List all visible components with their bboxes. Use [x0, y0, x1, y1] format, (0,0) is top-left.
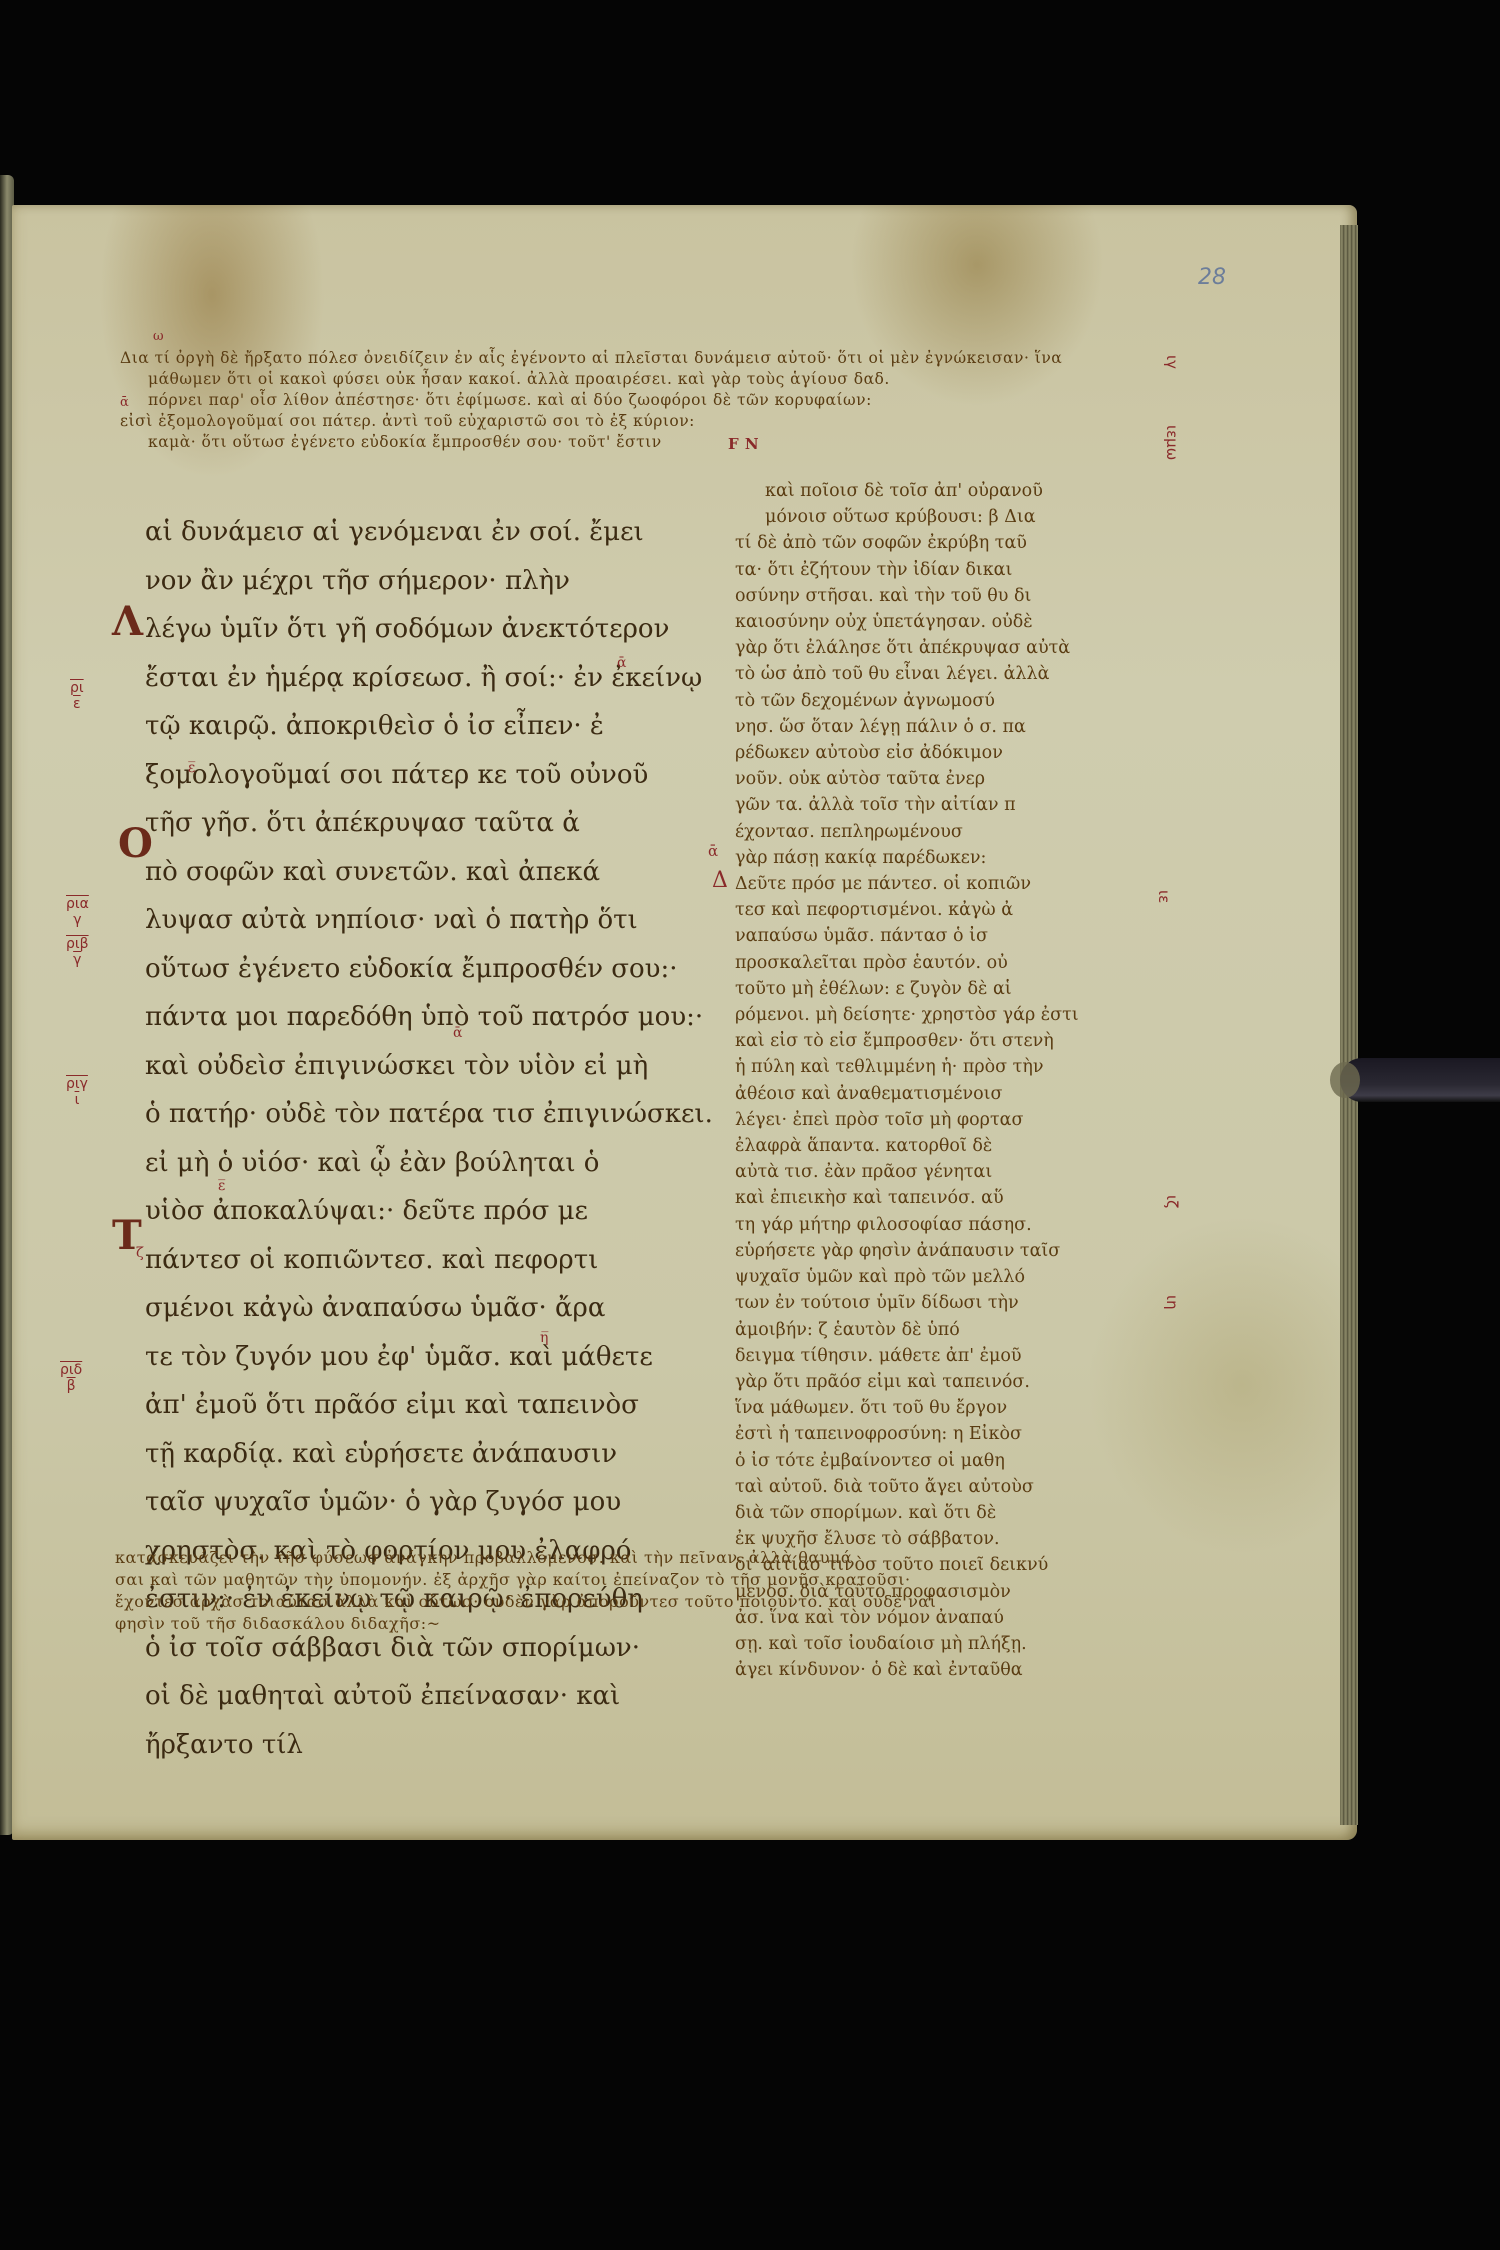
text-line: καὶ οὐδεὶσ ἐπιγινώσκει τὸν υἱὸν εἰ μὴ — [145, 1042, 685, 1091]
rubric-mark: Δ — [712, 868, 728, 893]
text-line: αἱ δυνάμεισ αἱ γενόμεναι ἐν σοί. ἔμει — [145, 508, 685, 557]
commentary-line: καὶ ἐπιεικὴσ καὶ ταπεινόσ. αὕ — [735, 1185, 1155, 1211]
commentary-line: φησὶν τοῦ τῆσ διδασκάλου διδαχῆσ:~ — [115, 1613, 936, 1635]
commentary-line: τεσ καὶ πεφορτισμένοι. κἀγὼ ἀ — [735, 897, 1155, 923]
commentary-line: των ἐν τούτοισ ὑμῖν δίδωσι τὴν — [735, 1290, 1155, 1316]
commentary-line: ὁ ἰσ τότε ἐμβαίνοντεσ οἱ μαθη — [735, 1448, 1155, 1474]
text-line: νον ἂν μέχρι τῆσ σήμερον· πλὴν — [145, 557, 685, 606]
commentary-line: καὶ εἰσ τὸ εἰσ ἔμπροσθεν· ὅτι στενὴ — [735, 1028, 1155, 1054]
commentary-line: ναπαύσω ὑμᾶσ. πάντασ ὁ ἰσ — [735, 923, 1155, 949]
commentary-line: γὰρ πάσῃ κακίᾳ παρέδωκεν: — [735, 845, 1155, 871]
rubric-mark: ᾱ — [617, 655, 626, 671]
rubric-mark: ζ̅ — [136, 1245, 144, 1261]
text-line: τῇ καρδίᾳ. καὶ εὑρήσετε ἀνάπαυσιν — [145, 1430, 685, 1479]
margin-note: ιε — [1155, 890, 1173, 903]
commentary-line: καὶ ποῖοισ δὲ τοῖσ ἀπ' οὐρανοῦ — [735, 478, 1155, 504]
commentary-line: ψυχαῖσ ὑμῶν καὶ πρὸ τῶν μελλό — [735, 1264, 1155, 1290]
rubric-mark: ᾱ — [453, 1025, 462, 1041]
margin-note: ιη — [1163, 1295, 1181, 1310]
commentary-line: τὸ ὡσ ἀπὸ τοῦ θυ εἶναι λέγει. ἀλλὰ — [735, 661, 1155, 687]
commentary-line: διὰ τῶν σπορίμων. καὶ ὅτι δὲ — [735, 1500, 1155, 1526]
commentary-line: τί δὲ ἀπὸ τῶν σοφῶν ἐκρύβη ταῦ — [735, 530, 1155, 556]
commentary-marker: ω — [153, 326, 164, 347]
section-number: ριδ β — [60, 1362, 82, 1394]
rubric-mark: ε̅ — [188, 760, 195, 776]
commentary-line: δειγμα τίθησιν. μάθετε ἀπ' ἐμοῦ — [735, 1343, 1155, 1369]
commentary-line: ἐστὶ ἡ ταπεινοφροσύνη: η Εἰκὸσ — [735, 1421, 1155, 1447]
commentary-column: καὶ ποῖοισ δὲ τοῖσ ἀπ' οὐρανοῦ μόνοισ οὕ… — [735, 478, 1155, 1683]
commentary-line: τα· ὅτι ἐζήτουν τὴν ἰδίαν δικαι — [735, 557, 1155, 583]
commentary-line: Δια τί ὀργὴ δὲ ἤρξατο πόλεσ ὀνειδίζειν ἐ… — [120, 348, 1062, 369]
commentary-line: καμὰ· ὅτι οὕτωσ ἐγένετο εὐδοκία ἔμπροσθέ… — [120, 432, 1062, 453]
text-line: πάντα μοι παρεδόθη ὑπὸ τοῦ πατρόσ μου:· — [145, 993, 685, 1042]
bottom-commentary: κατασκευάζει τὴν τῆσ φύσεωσ ἀνάγκην προβ… — [115, 1547, 936, 1635]
section-number: ρια γ — [66, 896, 89, 928]
margin-note: ιεμω — [1163, 425, 1181, 460]
commentary-line: προσκαλεῖται πρὸσ ἑαυτόν. οὐ — [735, 950, 1155, 976]
text-line: οἱ δὲ μαθηταὶ αὐτοῦ ἐπείνασαν· καὶ — [145, 1672, 685, 1721]
text-line: τε τὸν ζυγόν μου ἐφ' ὑμᾶσ. καὶ μάθετε — [145, 1333, 685, 1382]
rubric-mark: ᾱ — [708, 842, 718, 860]
commentary-line: ταὶ αὐτοῦ. διὰ τοῦτο ἄγει αὐτοὺσ — [735, 1474, 1155, 1500]
commentary-line: κατασκευάζει τὴν τῆσ φύσεωσ ἀνάγκην προβ… — [115, 1547, 936, 1569]
text-line: ξομολογοῦμαί σοι πάτερ κε τοῦ οὐνοῦ — [145, 751, 685, 800]
page-stack-edge — [1340, 225, 1358, 1825]
text-line: τῆσ γῆσ. ὅτι ἀπέκρυψασ ταῦτα ἀ — [145, 799, 685, 848]
commentary-line: γῶν τα. ἀλλὰ τοῖσ τὴν αἰτίαν π — [735, 792, 1155, 818]
decorated-initial: Ο — [118, 820, 153, 867]
commentary-line: ἡ πύλη καὶ τεθλιμμένη ἡ· πρὸσ τὴν — [735, 1054, 1155, 1080]
commentary-marker: F N — [728, 434, 759, 455]
commentary-line: εὑρήσετε γὰρ φησὶν ἀνάπαυσιν ταῖσ — [735, 1238, 1155, 1264]
text-line: πάντεσ οἱ κοπιῶντεσ. καὶ πεφορτι — [145, 1236, 685, 1285]
commentary-line: νοῦν. οὐκ αὐτὸσ ταῦτα ἐνερ — [735, 766, 1155, 792]
commentary-line: ἀγει κίνδυνον· ὁ δὲ καὶ ἐνταῦθα — [735, 1657, 1155, 1683]
text-line: ἀπ' ἐμοῦ ὅτι πρᾶόσ εἰμι καὶ ταπεινὸσ — [145, 1381, 685, 1430]
decorated-initial: Λ — [112, 598, 143, 645]
commentary-line: αὐτὰ τισ. ἐὰν πρᾶοσ γένηται — [735, 1159, 1155, 1185]
text-line: τῷ καιρῷ. ἀποκριθεὶσ ὁ ἰσ εἶπεν· ἐ — [145, 702, 685, 751]
commentary-line: Δεῦτε πρόσ με πάντεσ. οἱ κοπιῶν — [735, 871, 1155, 897]
commentary-line: τη γάρ μήτηρ φιλοσοφίασ πάσησ. — [735, 1212, 1155, 1238]
text-line: ταῖσ ψυχαῖσ ὑμῶν· ὁ γὰρ ζυγόσ μου — [145, 1478, 685, 1527]
commentary-line: γὰρ ὅτι πρᾶόσ εἰμι καὶ ταπεινόσ. — [735, 1369, 1155, 1395]
commentary-line: πόρνει παρ' οἷσ λίθον ἀπέστησε· ὅτι ἐφίμ… — [120, 390, 1062, 411]
commentary-line: ἀμοιβήν: ζ ἑαυτὸν δὲ ὑπό — [735, 1317, 1155, 1343]
text-line: λυψασ αὐτὰ νηπίοισ· ναὶ ὁ πατὴρ ὅτι — [145, 896, 685, 945]
rubric-mark: ε̅ — [218, 1178, 225, 1194]
margin-note: ιγ — [1163, 355, 1181, 369]
commentary-line: ρέδωκεν αὐτοὺσ εἰσ ἀδόκιμον — [735, 740, 1155, 766]
commentary-line: ἵνα μάθωμεν. ὅτι τοῦ θυ ἔργον — [735, 1395, 1155, 1421]
text-line: υἱὸσ ἀποκαλύψαι:· δεῦτε πρόσ με — [145, 1187, 685, 1236]
commentary-line: νησ. ὥσ ὅταν λέγῃ πάλιν ὁ σ. πα — [735, 714, 1155, 740]
commentary-line: τὸ τῶν δεχομένων ἀγνωμοσύ — [735, 688, 1155, 714]
text-line: ἤρξαντο τίλ — [145, 1721, 685, 1770]
text-line: λέγω ὑμῖν ὅτι γῆ σοδόμων ἀνεκτότερον — [145, 605, 685, 654]
text-line: εἰ μὴ ὁ υἱόσ· καὶ ᾧ ἐὰν βούληται ὁ — [145, 1139, 685, 1188]
text-line: ὁ πατήρ· οὐδὲ τὸν πατέρα τισ ἐπιγινώσκει… — [145, 1090, 685, 1139]
commentary-line: μάθωμεν ὅτι οἱ κακοὶ φύσει οὐκ ἦσαν κακο… — [120, 369, 1062, 390]
margin-note: ιζ — [1163, 1195, 1181, 1208]
commentary-line: ἔχοντεσ ἀρχὰσ τοιαύτασ ἀλλὰ καὶ οὕτωσ· ο… — [115, 1591, 936, 1613]
folio-number: 28 — [1198, 265, 1226, 290]
text-line: ἔσται ἐν ἡμέρᾳ κρίσεωσ. ἢ σοί:· ἐν ἐκείν… — [145, 654, 685, 703]
text-line: πὸ σοφῶν καὶ συνετῶν. καὶ ἀπεκά — [145, 848, 685, 897]
rubric-mark: η̅ — [540, 1330, 548, 1346]
commentary-line: γὰρ ὅτι ἐλάλησε ὅτι ἀπέκρυψασ αὐτὰ — [735, 635, 1155, 661]
commentary-line: ἐλαφρὰ ἅπαντα. κατορθοῖ δὲ — [735, 1133, 1155, 1159]
section-number: ριβ γ — [66, 936, 89, 968]
commentary-line: ἀθέοισ καὶ ἀναθεματισμένοισ — [735, 1081, 1155, 1107]
commentary-line: ρόμενοι. μὴ δείσητε· χρηστὸσ γάρ ἐστι — [735, 1002, 1155, 1028]
section-number: ρι ε — [70, 680, 84, 712]
clasp-strap — [1340, 1058, 1500, 1102]
commentary-marker: ᾱ — [120, 392, 129, 413]
commentary-line: έχοντασ. πεπληρωμένουσ — [735, 819, 1155, 845]
text-line: σμένοι κἀγὼ ἀναπαύσω ὑμᾶσ· ἄρα — [145, 1284, 685, 1333]
commentary-line: καιοσύνην οὐχ ὑπετάγησαν. οὐδὲ — [735, 609, 1155, 635]
top-commentary: ω Δια τί ὀργὴ δὲ ἤρξατο πόλεσ ὀνειδίζειν… — [120, 348, 1062, 453]
commentary-line: λέγει· ἐπεὶ πρὸσ τοῖσ μὴ φορτασ — [735, 1107, 1155, 1133]
section-number: ριγ ι — [66, 1076, 88, 1108]
commentary-line: μόνοισ οὕτωσ κρύβουσι: β Δια — [735, 504, 1155, 530]
commentary-line: οσύνην στῆσαι. καὶ τὴν τοῦ θυ δι — [735, 583, 1155, 609]
commentary-line: εἰσὶ ἐξομολογοῦμαί σοι πάτερ. ἀντὶ τοῦ ε… — [120, 411, 1062, 432]
commentary-line: σαι καὶ τῶν μαθητῶν τὴν ὑπομονήν. ἐξ ἀρχ… — [115, 1569, 936, 1591]
commentary-line: τοῦτο μὴ ἐθέλων: ε ζυγὸν δὲ αἱ — [735, 976, 1155, 1002]
text-line: οὕτωσ ἐγένετο εὐδοκία ἔμπροσθέν σου:· — [145, 945, 685, 994]
